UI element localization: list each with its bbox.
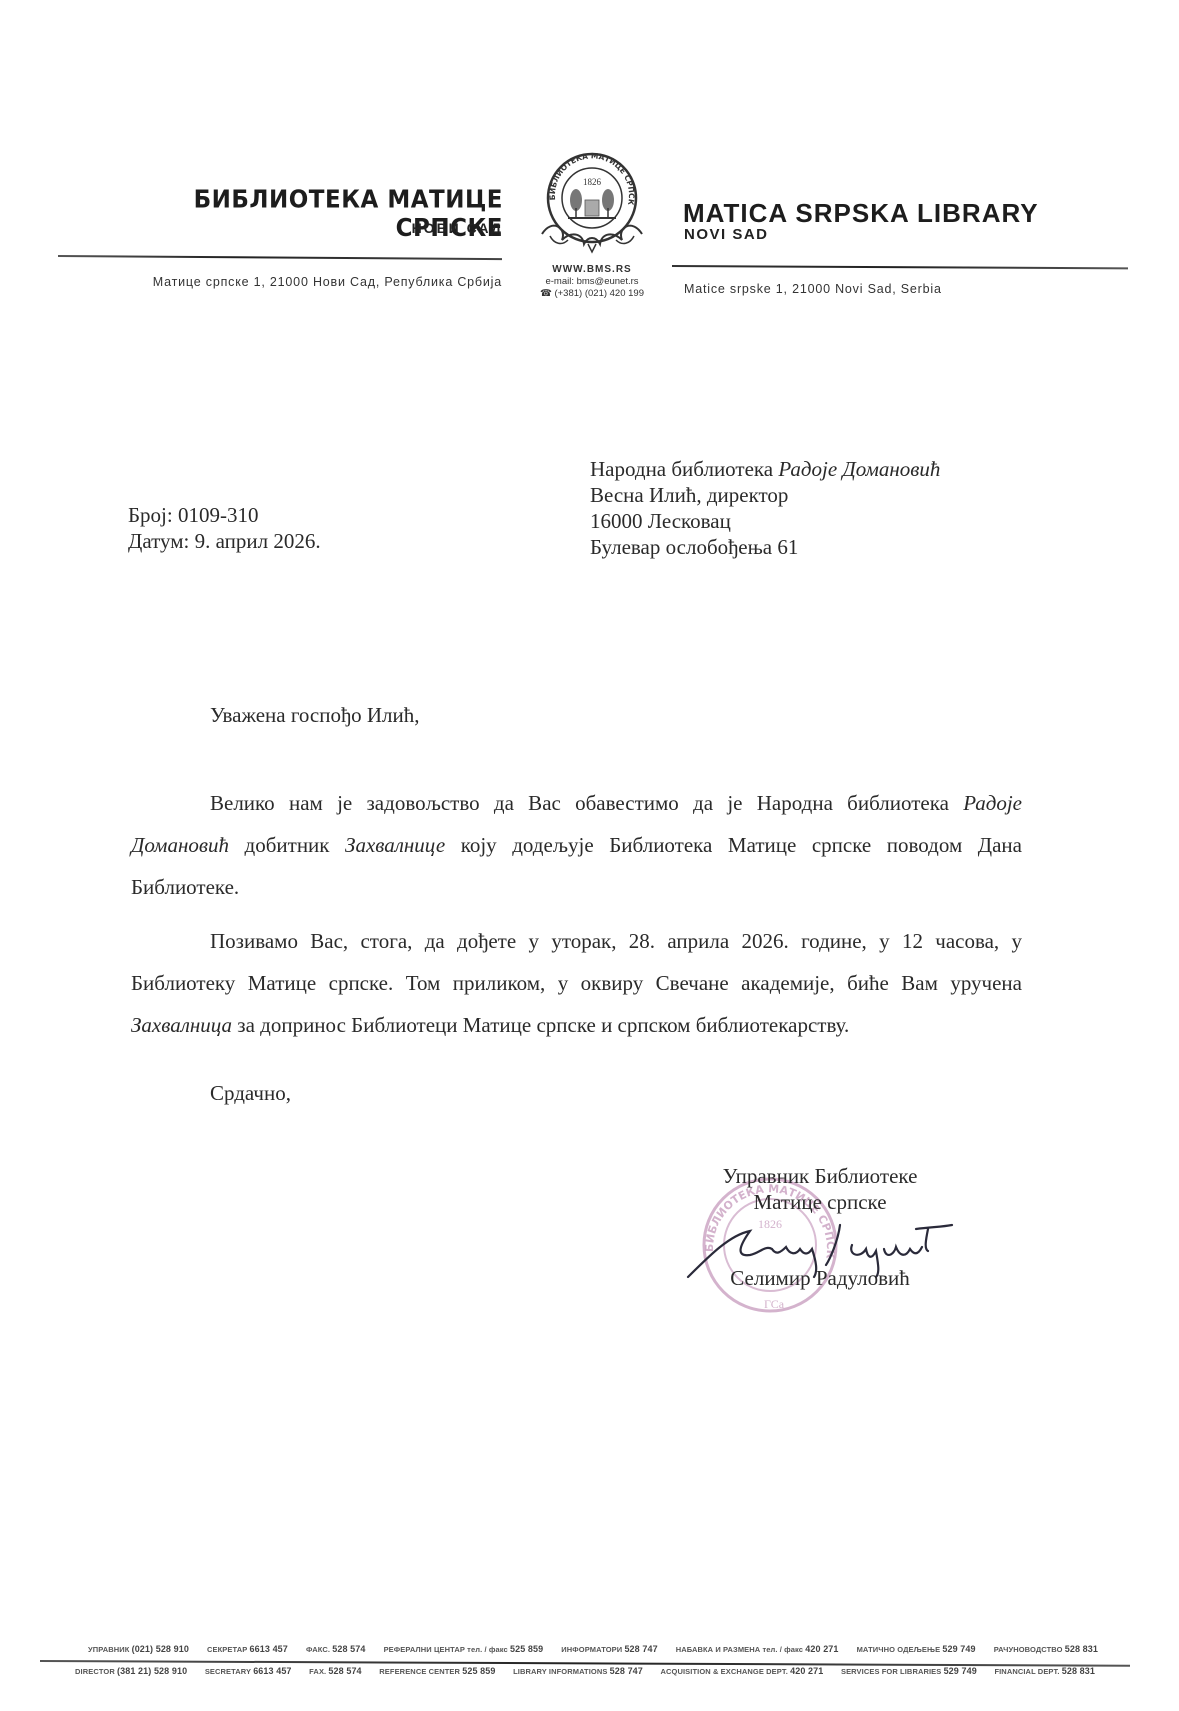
signatory-organization: Матице српске <box>700 1189 940 1215</box>
footer-contact: ИНФОРМАТОРИ 528 747 <box>561 1644 657 1654</box>
footer-contact: НАБАВКА И РАЗМЕНА тел. / факс 420 271 <box>676 1644 839 1654</box>
document-number: Број: 0109-310 <box>128 502 321 528</box>
svg-text:1826: 1826 <box>583 177 602 187</box>
letterhead-rule-right <box>672 265 1128 269</box>
signatory-title: Управник Библиотеке <box>700 1163 940 1189</box>
letterhead-latin-city: NOVI SAD <box>684 226 769 243</box>
footer-contact: ФАКС. 528 574 <box>306 1644 366 1654</box>
footer-contact: МАТИЧНО ОДЕЉЕЊЕ 529 749 <box>857 1644 976 1654</box>
letter-paragraph-1: Велико нам је задовољство да Вас обавест… <box>131 782 1022 908</box>
document-date: Датум: 9. април 2026. <box>128 528 321 554</box>
footer-contact: УПРАВНИК (021) 528 910 <box>88 1644 189 1654</box>
letterhead-latin-address: Matice srpske 1, 21000 Novi Sad, Serbia <box>684 282 942 296</box>
recipient-block: Народна библиотека Радоје Домановић Весн… <box>590 456 940 560</box>
recipient-city: 16000 Лесковац <box>590 508 940 534</box>
footer-contact: FAX. 528 574 <box>309 1666 362 1676</box>
svg-text:ГСа: ГСа <box>764 1297 785 1311</box>
recipient-person: Весна Илић, директор <box>590 482 940 508</box>
letterhead-latin-name: MATICA SRPSKA LIBRARY <box>683 198 1039 229</box>
footer-contact: REFERENCE CENTER 525 859 <box>379 1666 495 1676</box>
letter-closing: Срдачно, <box>210 1080 291 1106</box>
footer-cyrillic-contacts: УПРАВНИК (021) 528 910 СЕКРЕТАР 6613 457… <box>88 1644 1098 1654</box>
letterhead-rule-left <box>58 255 502 260</box>
letterhead-website: WWW.BMS.RS <box>522 264 662 275</box>
letter-paragraph-2: Позивамо Вас, стога, да дођете у уторак,… <box>131 920 1022 1046</box>
signatory-name: Селимир Радуловић <box>700 1265 940 1291</box>
footer-contact: SERVICES FOR LIBRARIES 529 749 <box>841 1666 977 1676</box>
letterhead-phone: ☎ (+381) (021) 420 199 <box>522 288 662 299</box>
letterhead-phone-number: (+381) (021) 420 199 <box>554 288 644 299</box>
library-emblem-icon: БИБЛИОТЕКА МАТИЦЕ СРПСКЕ 1826 <box>532 148 652 260</box>
recipient-street: Булевар ослобођења 61 <box>590 534 940 560</box>
recipient-organization-name: Радоје Домановић <box>778 457 940 481</box>
letterhead-email: e-mail: bms@eunet.rs <box>522 276 662 287</box>
letter-greeting: Уважена госпођо Илић, <box>210 702 420 728</box>
footer-contact: LIBRARY INFORMATIONS 528 747 <box>513 1666 643 1676</box>
footer-contact: FINANCIAL DEPT. 528 831 <box>994 1666 1095 1676</box>
footer-contact: РЕФЕРАЛНИ ЦЕНТАР тел. / факс 525 859 <box>384 1644 544 1654</box>
footer-english-contacts: DIRECTOR (381 21) 528 910 SECRETARY 6613… <box>75 1666 1095 1676</box>
footer-contact: DIRECTOR (381 21) 528 910 <box>75 1666 187 1676</box>
footer-contact: SECRETARY 6613 457 <box>205 1666 292 1676</box>
letterhead-cyrillic-city: НОВИ САД <box>300 220 503 236</box>
footer-contact: РАЧУНОВОДСТВО 528 831 <box>994 1644 1098 1654</box>
footer-contact: СЕКРЕТАР 6613 457 <box>207 1644 288 1654</box>
letterhead-cyrillic-address: Матице српске 1, 21000 Нови Сад, Републи… <box>86 275 502 289</box>
recipient-organization: Народна библиотека Радоје Домановић <box>590 456 940 482</box>
footer-contact: ACQUISITION & EXCHANGE DEPT. 420 271 <box>661 1666 824 1676</box>
phone-icon: ☎ <box>540 288 552 299</box>
document-meta: Број: 0109-310 Датум: 9. април 2026. <box>128 502 321 554</box>
